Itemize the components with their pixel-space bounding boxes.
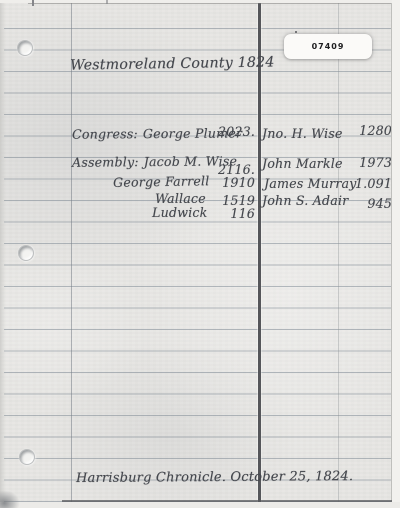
ruled-lines: [4, 28, 392, 502]
page-title: Westmoreland County 1824: [70, 55, 275, 72]
opponent-name: John Markle: [262, 157, 343, 171]
opponent-vote-count: 1280: [352, 124, 392, 138]
candidate-name: George Farrell: [113, 173, 210, 190]
top-edge-mark: [106, 0, 108, 4]
paper-top-edge-line: [28, 3, 391, 4]
catalog-number-sticker: 07409: [284, 34, 372, 59]
vote-count: 1910: [203, 176, 255, 190]
record-row-assembly-2: George Farrell: [113, 174, 210, 190]
source-citation: Harrisburg Chronicle. October 25, 1824.: [76, 470, 353, 486]
opponent-vote-count: 1973: [352, 156, 392, 170]
paper-left-edge-shadow: [0, 0, 6, 508]
bottom-left-corner-shadow: [0, 490, 20, 508]
candidate-name: Wallace: [155, 191, 206, 206]
opponent-vote-count: 1.091: [352, 177, 392, 191]
paper-bottom-strip: [0, 502, 400, 508]
vote-count: 116: [203, 207, 255, 221]
opponent-name: James Murray: [264, 177, 357, 191]
ink-speck: [295, 31, 297, 33]
scanner-background-right: [391, 0, 400, 508]
top-edge-mark: [32, 0, 34, 6]
punch-hole-top: [17, 40, 33, 56]
office-label: Assembly:: [72, 154, 139, 170]
left-margin-line: [71, 0, 72, 502]
opponent-name: Jno. H. Wise: [262, 127, 343, 141]
candidate-name: Ludwick: [152, 205, 207, 220]
record-row-assembly-3: Wallace: [155, 192, 206, 206]
catalog-number: 07409: [312, 42, 345, 51]
opponent-name: John S. Adair: [262, 194, 348, 208]
office-label: Congress:: [72, 126, 138, 141]
vote-count: 2023.: [203, 125, 255, 139]
center-fold-crease: [258, 0, 261, 503]
scanned-ledger-page: Westmoreland County 1824 Congress:George…: [0, 0, 400, 508]
right-fold-crease: [338, 0, 339, 502]
punch-hole-middle: [18, 245, 34, 261]
record-row-assembly-4: Ludwick: [152, 206, 207, 220]
opponent-vote-count: 945: [352, 197, 392, 211]
punch-hole-bottom: [19, 449, 35, 465]
